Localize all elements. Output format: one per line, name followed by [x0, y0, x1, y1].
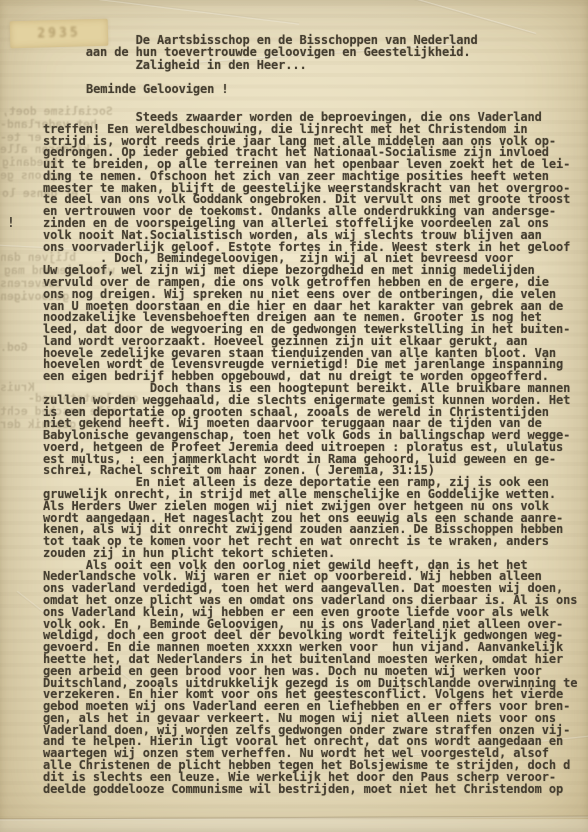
text-line: aan de hun toevertrouwde geloovigen en G… — [43, 46, 478, 58]
letter-body: Steeds zwaarder worden de beproevingen, … — [43, 112, 577, 795]
bleedthrough-fragment: God. — [0, 340, 28, 354]
paper-crease — [334, 0, 536, 35]
below-fold-strip — [0, 819, 588, 832]
letter-header: De Aartsbisschop en de Bisschoppen van N… — [43, 34, 478, 71]
margin-exclamation-mark: ! — [7, 216, 15, 231]
text-line: deelde goddelooze Communisme wil bestrij… — [43, 784, 577, 796]
salutation: Beminde Geloovigen ! — [86, 82, 229, 96]
document-page: 2935 Socialisme doet,het vaderland-er te… — [0, 0, 588, 832]
text-line: Zaligheid in den Heer... — [43, 59, 478, 71]
